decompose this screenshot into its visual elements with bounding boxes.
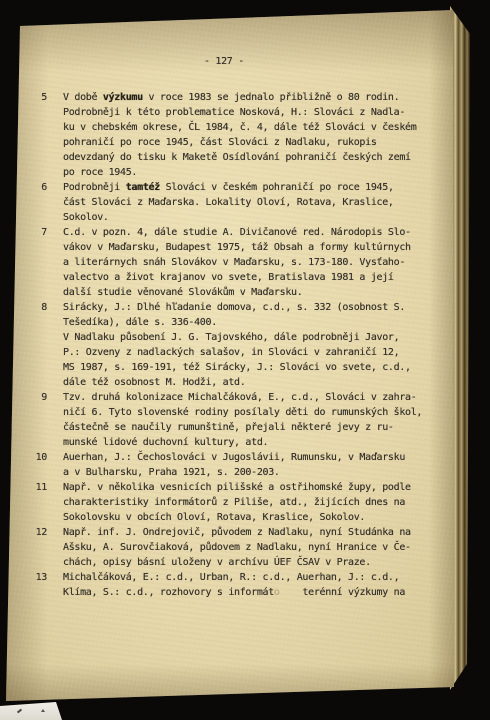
footnote-line: munské lidové duchovní kultury, atd. (63, 435, 422, 450)
footnote-line: pohraničí po roce 1945, část Slováci z N… (63, 135, 416, 150)
footnote: 13Michalčáková, E.: c.d., Urban, R.: c.d… (6, 570, 455, 600)
footnote-lines: Např. inf. J. Ondrejovič, původem z Nadl… (63, 525, 411, 570)
footnote-line: Sokolovsku v obcích Oloví, Rotava, Krasl… (63, 510, 411, 525)
footnote-line: odevzdaný do tisku k Maketě Osídlování p… (63, 150, 416, 165)
footnote: 6Podrobněji tamtéž Slováci v českém pohr… (6, 180, 455, 225)
footnote-number: 12 (6, 525, 47, 570)
footnote: 5V době výzkumu v roce 1983 se jednalo p… (6, 90, 455, 180)
footnote-lines: Např. v několika vesnicích pilišské a os… (63, 480, 411, 525)
footnote-number: 8 (6, 300, 47, 390)
scrap-mark (41, 709, 45, 712)
page-number: - 127 - (204, 56, 244, 67)
footnote-line: Auerhan, J.: Čechoslováci v Jugoslávii, … (63, 450, 405, 465)
footnote-line: Tešedíka), dále s. 336-400. (63, 315, 411, 330)
footnote-lines: Podrobněji tamtéž Slováci v českém pohra… (63, 180, 394, 225)
footnote-line: ničí 6. Tyto slovenské rodiny posílaly d… (63, 405, 422, 420)
footnote-lines: Auerhan, J.: Čechoslováci v Jugoslávii, … (63, 450, 405, 480)
footnote-line: Podrobněji tamtéž Slováci v českém pohra… (63, 180, 394, 195)
footnote-line: částečně se naučily rumunštině, přejali … (63, 420, 422, 435)
footnote-lines: C.d. v pozn. 4, dále studie A. Divičanov… (63, 225, 411, 300)
footnote-line: Ašsku, A. Surovčiaková, půdovem z Nadlak… (63, 540, 411, 555)
footnote-line: V době výzkumu v roce 1983 se jednalo př… (63, 90, 416, 105)
footnote-number: 5 (6, 90, 47, 180)
footnote: 11Např. v několika vesnicích pilišské a … (6, 480, 455, 525)
footnote-line: Sokolov. (63, 210, 394, 225)
footnote: 8Sirácky, J.: Dlhé hľadanie domova, c.d.… (6, 300, 455, 390)
footnote-line: další studie věnované Slovákům v Maďarsk… (63, 285, 411, 300)
paper-scrap (0, 702, 62, 720)
footnote-line: Sirácky, J.: Dlhé hľadanie domova, c.d.,… (63, 300, 411, 315)
footnote-line: část Slováci z Maďarska. Lokality Oloví,… (63, 195, 394, 210)
footnote-line: dále též osobnost M. Hodži, atd. (63, 375, 411, 390)
footnote-number: 13 (6, 570, 47, 600)
footnote-number: 10 (6, 450, 47, 480)
footnote-line: a v Bulharsku, Praha 1921, s. 200-203. (63, 465, 405, 480)
footnote-line: Tzv. druhá kolonizace Michalčáková, E., … (63, 390, 422, 405)
footnote-line: V Nadlaku působení J. G. Tajovského, dál… (63, 330, 411, 345)
footnote: 10Auerhan, J.: Čechoslováci v Jugoslávii… (6, 450, 455, 480)
footnote-line: ku v chebském okrese, ČL 1984, č. 4, dál… (63, 120, 416, 135)
footnote-line: valectvo a život krajanov vo svete, Brat… (63, 270, 411, 285)
footnote-line: Např. inf. J. Ondrejovič, původem z Nadl… (63, 525, 411, 540)
footnote-line: chách, opisy básní uloženy v archívu ÚEF… (63, 555, 411, 570)
book-page: - 127 - 5V době výzkumu v roce 1983 se j… (6, 8, 455, 702)
footnote-line: Podrobněji k této problematice Nosková, … (63, 105, 416, 120)
footnote: 12Např. inf. J. Ondrejovič, původem z Na… (6, 525, 455, 570)
footnote-line: po roce 1945. (63, 165, 416, 180)
footnote-lines: V době výzkumu v roce 1983 se jednalo př… (63, 90, 416, 180)
footnote-lines: Michalčáková, E.: c.d., Urban, R.: c.d.,… (63, 570, 405, 600)
footnote-lines: Tzv. druhá kolonizace Michalčáková, E., … (63, 390, 422, 450)
book-photo: - 127 - 5V době výzkumu v roce 1983 se j… (0, 0, 490, 720)
footnote-number: 6 (6, 180, 47, 225)
footnote-lines: Sirácky, J.: Dlhé hľadanie domova, c.d.,… (63, 300, 411, 390)
footnote-line: Klíma, S.: c.d., rozhovory s informáto t… (63, 585, 405, 600)
footnote: 9Tzv. druhá kolonizace Michalčáková, E.,… (6, 390, 455, 450)
footnote: 7C.d. v pozn. 4, dále studie A. Divičano… (6, 225, 455, 300)
footnote-line: vákov v Maďarsku, Budapest 1975, táž Obs… (63, 240, 411, 255)
footnote-number: 7 (6, 225, 47, 300)
footnote-line: C.d. v pozn. 4, dále studie A. Divičanov… (63, 225, 411, 240)
footnote-line: MS 1987, s. 169-191, též Sirácky, J.: Sl… (63, 360, 411, 375)
footnote-number: 9 (6, 390, 47, 450)
footnote-line: charakteristiky informátorů z Piliše, at… (63, 495, 411, 510)
footnote-line: a literárnych snáh Slovákov v Maďarsku, … (63, 255, 411, 270)
footnotes-list: 5V době výzkumu v roce 1983 se jednalo p… (6, 90, 455, 600)
scrap-mark (17, 709, 22, 714)
footnote-line: Michalčáková, E.: c.d., Urban, R.: c.d.,… (63, 570, 405, 585)
footnote-line: P.: Ozveny z nadlackých salašov, in Slov… (63, 345, 411, 360)
footnote-number: 11 (6, 480, 47, 525)
footnote-line: Např. v několika vesnicích pilišské a os… (63, 480, 411, 495)
